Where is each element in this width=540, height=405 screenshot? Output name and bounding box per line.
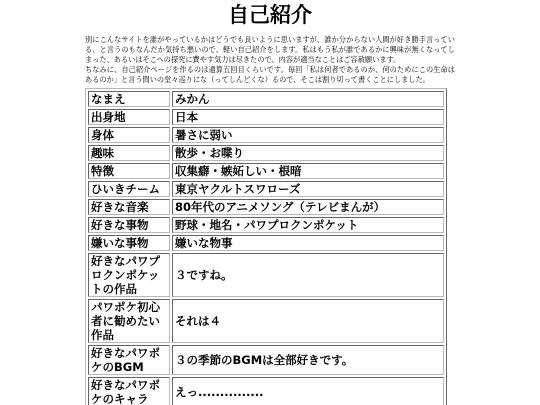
row-value: 散歩・お喋り <box>172 145 444 161</box>
table-row: 好きな音楽 80年代のアニメソング（テレビまんが） <box>88 199 444 215</box>
row-value: ３の季節のBGMは全部好きです。 <box>172 345 444 375</box>
row-value: えっ............... <box>172 377 444 405</box>
row-label: 出身地 <box>88 109 170 125</box>
table-row: 出身地 日本 <box>88 109 444 125</box>
row-label: パワポケ初心者に勧めたい作品 <box>88 299 170 343</box>
row-label: 好きなパワポケのキャラ <box>88 377 170 405</box>
table-row: 好きな事物 野球・地名・パワプロクンポケット <box>88 217 444 233</box>
table-row: パワポケ初心者に勧めたい作品 それは４ <box>88 299 444 343</box>
row-label: 嫌いな事物 <box>88 235 170 251</box>
table-row: 好きなパワプロクンポケットの作品 ３ですね。 <box>88 253 444 297</box>
table-row: なまえ みかん <box>88 91 444 107</box>
row-value: それは４ <box>172 299 444 343</box>
profile-table: なまえ みかん 出身地 日本 身体 暑さに弱い 趣味 散歩・お喋り 特徴 収集癖… <box>85 88 447 405</box>
row-label: 好きなパワポケのBGM <box>88 345 170 375</box>
row-label: 趣味 <box>88 145 170 161</box>
row-label: 特徴 <box>88 163 170 179</box>
table-row: ひいきチーム 東京ヤクルトスワローズ <box>88 181 444 197</box>
row-value: 東京ヤクルトスワローズ <box>172 181 444 197</box>
profile-table-body: なまえ みかん 出身地 日本 身体 暑さに弱い 趣味 散歩・お喋り 特徴 収集癖… <box>88 91 444 405</box>
row-label: 身体 <box>88 127 170 143</box>
table-row: 身体 暑さに弱い <box>88 127 444 143</box>
table-row: 特徴 収集癖・嫉妬しい・根暗 <box>88 163 444 179</box>
row-value: 収集癖・嫉妬しい・根暗 <box>172 163 444 179</box>
table-row: 好きなパワポケのBGM ３の季節のBGMは全部好きです。 <box>88 345 444 375</box>
row-label: 好きな音楽 <box>88 199 170 215</box>
table-row: 好きなパワポケのキャラ えっ............... <box>88 377 444 405</box>
row-label: 好きな事物 <box>88 217 170 233</box>
row-value: 野球・地名・パワプロクンポケット <box>172 217 444 233</box>
table-row: 趣味 散歩・お喋り <box>88 145 444 161</box>
intro-paragraph-2: ちなみに、自己紹介ページを作るのは通算五回目くらいです。毎回「私は何者であるのか… <box>85 65 455 85</box>
table-row: 嫌いな事物 嫌いな物事 <box>88 235 444 251</box>
page-container: 自己紹介 別にこんなサイトを誰がやっているかはどうでも良いように思いますが、誰か… <box>85 0 455 405</box>
self-intro-page: { "page": { "title": "自己紹介", "intro": { … <box>0 0 540 405</box>
row-value: 日本 <box>172 109 444 125</box>
row-label: なまえ <box>88 91 170 107</box>
row-value: ３ですね。 <box>172 253 444 297</box>
row-label: 好きなパワプロクンポケットの作品 <box>88 253 170 297</box>
row-value: 80年代のアニメソング（テレビまんが） <box>172 199 444 215</box>
intro-paragraph-1: 別にこんなサイトを誰がやっているかはどうでも良いように思いますが、誰か分からない… <box>85 35 455 65</box>
row-value: みかん <box>172 91 444 107</box>
page-title: 自己紹介 <box>85 0 455 27</box>
row-value: 嫌いな物事 <box>172 235 444 251</box>
row-value: 暑さに弱い <box>172 127 444 143</box>
row-label: ひいきチーム <box>88 181 170 197</box>
intro-text: 別にこんなサイトを誰がやっているかはどうでも良いように思いますが、誰か分からない… <box>85 35 455 85</box>
